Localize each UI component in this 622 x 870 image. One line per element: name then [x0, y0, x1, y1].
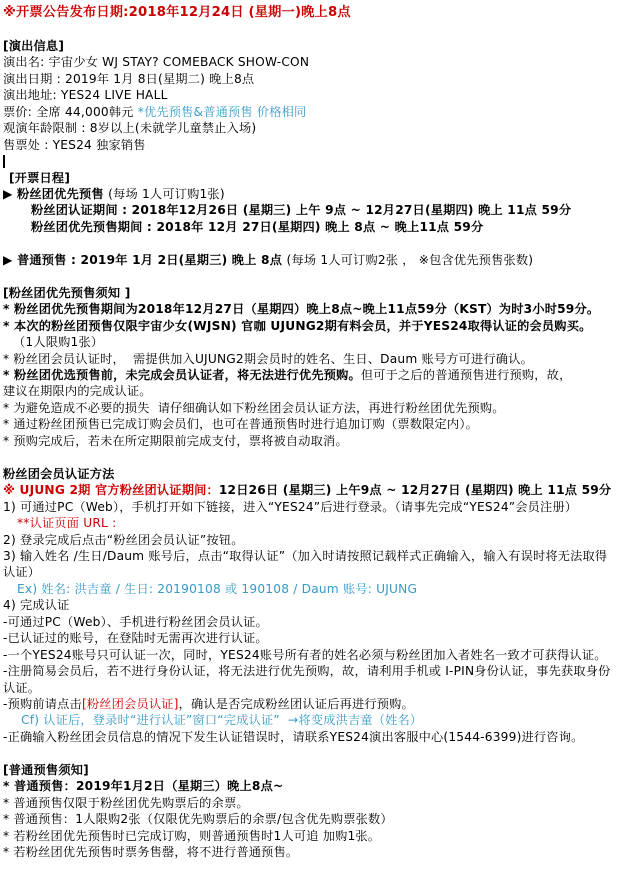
text-segment: [粉丝团会员认证]	[82, 697, 179, 711]
blank-line	[3, 745, 620, 761]
text-segment: 2) 登录完成后点击“粉丝团会员认证”按钮。	[3, 533, 244, 547]
text-line: -正确输入粉丝团会员信息的情况下发生认证错误时，请联系YES24演出客服中心(1…	[3, 729, 620, 745]
text-segment: -已认证过的账号，在登陆时无需再次进行认证。	[3, 631, 268, 645]
text-segment: * 普通预售：1人限购2张（仅限优先购票后的余票/包含优先购票张数）	[3, 812, 393, 826]
text-line: 2) 登录完成后点击“粉丝团会员认证”按钮。	[3, 532, 620, 548]
text-line: * 粉丝团会员认证时， 需提供加入UJUNG2期会员时的姓名、生日、Daum 账…	[3, 351, 620, 367]
text-segment: 粉丝团优先预售期间 : 2018年 12月 27日(星期四) 晚上 8点 ~ 晚…	[31, 220, 483, 234]
text-segment: ，确认是否完成粉丝团认证后再进行预购。	[179, 697, 414, 711]
text-segment: * 粉丝团优先预售期间为2018年12月27日（星期四）晚上8点~晚上11点59…	[3, 302, 599, 316]
text-segment: -注册简易会员后，若不进行身份认证，将无法进行优先预购，故，请利用手机或 I-P…	[3, 664, 611, 678]
announcement-document: ※开票公告发布日期:2018年12月24日 (星期一)晚上8点 [演出信息]演出…	[0, 0, 622, 861]
text-segment: * 粉丝团优选预售前，未完成会员认证者，将无法进行优先预购。	[3, 368, 361, 382]
text-cursor-line	[3, 153, 620, 169]
text-segment: 观演年龄限制 : 8岁以上(未就学儿童禁止入场)	[3, 121, 256, 135]
text-line: [开票日程]	[3, 170, 620, 186]
text-line: * 若粉丝团优先预售时票务售罄，将不进行普通预售。	[3, 844, 620, 860]
text-line: 认证）	[3, 564, 620, 580]
text-line: * 普通预售：2019年1月2日（星期三）晚上8点~	[3, 778, 620, 794]
text-segment: * 粉丝团会员认证时， 需提供加入UJUNG2期会员时的姓名、生日、Daum 账…	[3, 352, 533, 366]
text-line: * 普通预售：1人限购2张（仅限优先购票后的余票/包含优先购票张数）	[3, 811, 620, 827]
text-cursor	[3, 155, 5, 168]
text-line: ※ UJUNG 2期 官方粉丝团认证期间：12日26日 (星期三) 上午9点 ~…	[3, 482, 620, 498]
text-segment: -一个YES24账号只可认证一次，同时，YES24账号所有者的姓名必须与粉丝团加…	[3, 648, 607, 662]
text-segment: 4) 完成认证	[3, 598, 70, 612]
text-segment: **认证页面 URL :	[17, 516, 116, 530]
text-line: **认证页面 URL :	[3, 515, 620, 531]
text-segment: 12日26日 (星期三) 上午9点 ~ 12月27日 (星期四) 晚上 11点 …	[219, 483, 611, 497]
text-segment: 演出日期 : 2019年 1月 8日(星期二) 晚上8点	[3, 72, 254, 86]
text-line: 建议在期限内的完成认证。	[3, 383, 620, 399]
text-segment: * 本次的粉丝团预售仅限宇宙少女(WJSN) 官咖 UJUNG2期有料会员，并于…	[3, 319, 591, 333]
text-line: -注册简易会员后，若不进行身份认证，将无法进行优先预购，故，请利用手机或 I-P…	[3, 663, 620, 679]
text-line: * 若粉丝团优先预售时已完成订购，则普通预售时1人可追 加购1张。	[3, 828, 620, 844]
text-line: （1人限购1张）	[3, 334, 620, 350]
text-segment: （1人限购1张）	[13, 335, 103, 349]
text-line: 票价: 全席 44,000韩元 *优先预售&普通预售 价格相同	[3, 104, 620, 120]
text-line: * 预购完成后，若未在所定期限前完成支付，票将被自动取消。	[3, 433, 620, 449]
text-line: -预购前请点击[粉丝团会员认证]，确认是否完成粉丝团认证后再进行预购。	[3, 696, 620, 712]
text-line: * 通过粉丝团预售已完成订购会员们，也可在普通预售时进行追加订购（票数限定内）。	[3, 416, 620, 432]
text-line: * 粉丝团优选预售前，未完成会员认证者，将无法进行优先预购。但可于之后的普通预售…	[3, 367, 620, 383]
text-line: 4) 完成认证	[3, 597, 620, 613]
blank-line	[3, 21, 620, 37]
text-segment: [演出信息]	[3, 39, 64, 53]
text-line: Ex) 姓名: 洪吉童 / 生日: 20190108 或 190108 / Da…	[3, 581, 620, 597]
text-segment: 建议在期限内的完成认证。	[3, 384, 152, 398]
text-line: 演出日期 : 2019年 1月 8日(星期二) 晚上8点	[3, 71, 620, 87]
text-segment: -正确输入粉丝团会员信息的情况下发生认证错误时，请联系YES24演出客服中心(1…	[3, 730, 583, 744]
text-line: 粉丝团优先预售期间 : 2018年 12月 27日(星期四) 晚上 8点 ~ 晚…	[3, 219, 620, 235]
text-line: 售票处 : YES24 独家销售	[3, 137, 620, 153]
text-line: ▶ 粉丝团优先预售 (每场 1人可订购1张)	[3, 186, 620, 202]
blank-line	[3, 449, 620, 465]
text-segment: *优先预售&普通预售 价格相同	[138, 105, 307, 119]
text-line: 观演年龄限制 : 8岁以上(未就学儿童禁止入场)	[3, 120, 620, 136]
text-segment: [普通预售须知]	[3, 763, 89, 777]
text-segment: * 预购完成后，若未在所定期限前完成支付，票将被自动取消。	[3, 434, 348, 448]
text-segment: 认证。	[3, 681, 40, 695]
text-segment: [粉丝团优先预售须知 ]	[3, 286, 130, 300]
text-segment: 演出名: 宇宙少女 WJ STAY? COMEBACK SHOW-CON	[3, 55, 309, 69]
text-line: -已认证过的账号，在登陆时无需再次进行认证。	[3, 630, 620, 646]
text-line: -可通过PC（Web）、手机进行粉丝团会员认证。	[3, 614, 620, 630]
text-line: * 本次的粉丝团预售仅限宇宙少女(WJSN) 官咖 UJUNG2期有料会员，并于…	[3, 318, 620, 334]
blank-line	[3, 235, 620, 251]
text-line: Cf) 认证后，登录时“进行认证”窗口“完成认证” →将变成洪吉童（姓名）	[3, 712, 620, 728]
text-line: 1) 可通过PC（Web），手机打开如下链接，进入“YES24”后进行登录。（请…	[3, 499, 620, 515]
text-line: [粉丝团优先预售须知 ]	[3, 285, 620, 301]
text-segment: -预购前请点击	[3, 697, 82, 711]
text-segment: ※开票公告发布日期:2018年12月24日 (星期一)晚上8点	[3, 5, 351, 20]
text-segment: 粉丝团认证期间 : 2018年12月26日 (星期三) 上午 9点 ~ 12月2…	[31, 203, 571, 217]
text-segment: ※ UJUNG 2期 官方粉丝团认证期间：	[3, 483, 219, 497]
text-segment: 3) 输入姓名 /生日/Daum 账号后，点击“取得认证”（加入时请按照记载样式…	[3, 549, 607, 563]
text-segment: (每场 1人可订购2张 ， ※包含优先预售张数)	[287, 253, 534, 267]
blank-line	[3, 268, 620, 284]
text-segment: 票价: 全席 44,000韩元	[3, 105, 138, 119]
text-line: 3) 输入姓名 /生日/Daum 账号后，点击“取得认证”（加入时请按照记载样式…	[3, 548, 620, 564]
text-segment: * 若粉丝团优先预售时已完成订购，则普通预售时1人可追 加购1张。	[3, 829, 380, 843]
text-line: 演出地址: YES24 LIVE HALL	[3, 87, 620, 103]
text-segment: 认证）	[3, 565, 40, 579]
text-line: [普通预售须知]	[3, 762, 620, 778]
text-segment: * 普通预售仅限于粉丝团优先购票后的余票。	[3, 796, 249, 810]
text-segment: * 为避免造成不必要的损失 请仔细确认如下粉丝团会员认证方法，再进行粉丝团优先预…	[3, 401, 505, 415]
text-segment: 但可于之后的普通预售进行预购，故，	[361, 368, 572, 382]
text-segment: [开票日程]	[9, 171, 70, 185]
text-line: ▶ 普通预售 : 2019年 1月 2日(星期三) 晚上 8点 (每场 1人可订…	[3, 252, 620, 268]
text-segment: (每场 1人可订购1张)	[108, 187, 225, 201]
text-line: 认证。	[3, 680, 620, 696]
text-line: * 为避免造成不必要的损失 请仔细确认如下粉丝团会员认证方法，再进行粉丝团优先预…	[3, 400, 620, 416]
text-segment: Ex) 姓名: 洪吉童 / 生日: 20190108 或 190108 / Da…	[17, 582, 417, 596]
text-segment: 粉丝团会员认证方法	[3, 467, 115, 481]
text-line: * 粉丝团优先预售期间为2018年12月27日（星期四）晚上8点~晚上11点59…	[3, 301, 620, 317]
text-line: 粉丝团会员认证方法	[3, 466, 620, 482]
text-segment: * 普通预售：2019年1月2日（星期三）晚上8点~	[3, 779, 283, 793]
text-segment: 演出地址: YES24 LIVE HALL	[3, 88, 168, 102]
text-segment: 1) 可通过PC（Web），手机打开如下链接，进入“YES24”后进行登录。（请…	[3, 500, 577, 514]
text-segment: * 若粉丝团优先预售时票务售罄，将不进行普通预售。	[3, 845, 298, 859]
text-segment: ▶ 粉丝团优先预售	[3, 187, 108, 201]
text-segment: 售票处 : YES24 独家销售	[3, 138, 146, 152]
text-segment: * 通过粉丝团预售已完成订购会员们，也可在普通预售时进行追加订购（票数限定内）。	[3, 417, 478, 431]
text-line: 粉丝团认证期间 : 2018年12月26日 (星期三) 上午 9点 ~ 12月2…	[3, 202, 620, 218]
text-segment: -可通过PC（Web）、手机进行粉丝团会员认证。	[3, 615, 268, 629]
text-segment: ▶ 普通预售 : 2019年 1月 2日(星期三) 晚上 8点	[3, 253, 287, 267]
text-line: 演出名: 宇宙少女 WJ STAY? COMEBACK SHOW-CON	[3, 54, 620, 70]
text-line: ※开票公告发布日期:2018年12月24日 (星期一)晚上8点	[3, 5, 620, 21]
text-segment: Cf) 认证后，登录时“进行认证”窗口“完成认证” →将变成洪吉童（姓名）	[21, 713, 422, 727]
text-line: [演出信息]	[3, 38, 620, 54]
text-line: * 普通预售仅限于粉丝团优先购票后的余票。	[3, 795, 620, 811]
text-line: -一个YES24账号只可认证一次，同时，YES24账号所有者的姓名必须与粉丝团加…	[3, 647, 620, 663]
